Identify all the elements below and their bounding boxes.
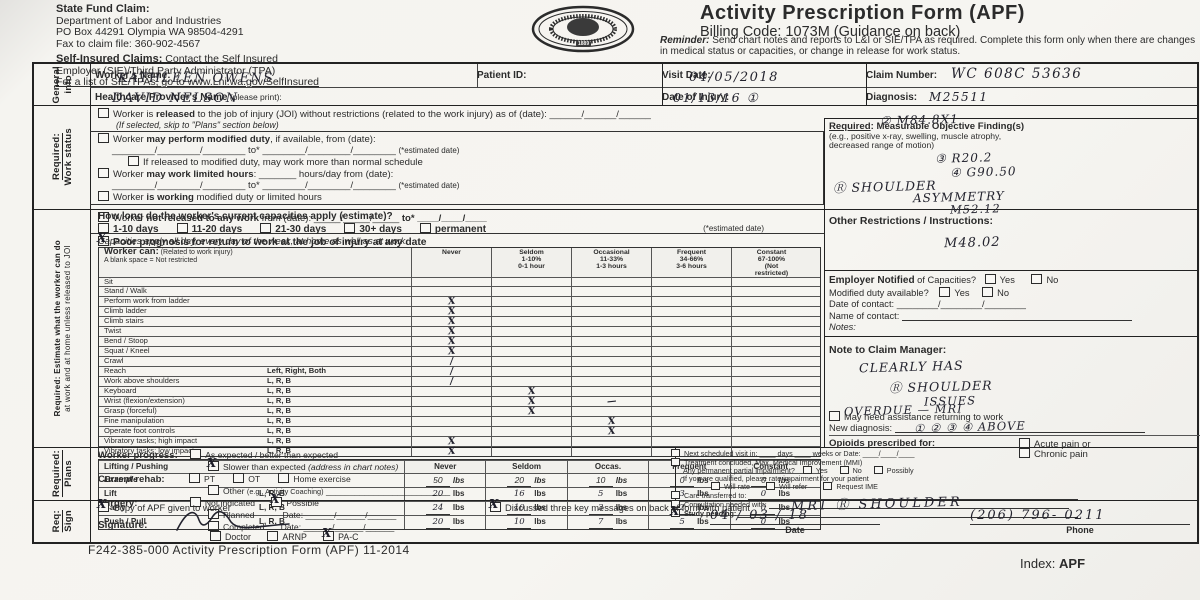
- howlong-option-checkbox[interactable]: [260, 223, 271, 233]
- capacity-row: Climb stairsX: [99, 316, 820, 326]
- capacity-header-row: Worker can: (Related to work injury)A bl…: [99, 248, 820, 277]
- modified-duty-checkbox[interactable]: [98, 133, 109, 143]
- modified-estimated-note: (*estimated date): [399, 146, 460, 155]
- form-body: General info Worker's Name: KATHLEEN OWE…: [32, 62, 1199, 544]
- capacity-mark-cell[interactable]: [492, 307, 572, 316]
- released-bold: released: [156, 109, 195, 120]
- name-of-contact-label: Name of contact:: [829, 311, 899, 321]
- howlong-option-label: 1-10 days: [113, 224, 159, 235]
- sign-date-value[interactable]: 04 / 03 / 18: [710, 508, 809, 523]
- will-rate-checkbox[interactable]: [711, 482, 720, 490]
- capacity-mark-cell[interactable]: [572, 317, 652, 326]
- arnp-checkbox[interactable]: [267, 531, 278, 541]
- ot-label: OT: [248, 474, 260, 484]
- capacity-mark-cell[interactable]: [652, 317, 732, 326]
- capacity-mark-cell[interactable]: [732, 307, 811, 316]
- capacity-row-suffix: L, R, B: [267, 397, 291, 405]
- howlong-option-checkbox[interactable]: [177, 223, 188, 233]
- capacity-mark-cell[interactable]: [572, 407, 652, 416]
- capacity-mark-cell[interactable]: [652, 297, 732, 306]
- howlong-option-label: 30+ days: [359, 224, 402, 235]
- work-status-side-label: Required: Work status: [34, 105, 91, 209]
- is-working-checkbox[interactable]: [98, 191, 109, 201]
- sign-phone-value[interactable]: (206) 796- 0211: [970, 508, 1106, 523]
- employer-yes-checkbox[interactable]: [985, 274, 996, 284]
- claim-number-value[interactable]: WC 608C 53636: [951, 66, 1082, 82]
- capacity-row-label: KeyboardL, R, B: [99, 387, 412, 396]
- capacity-row: Crawl/: [99, 356, 820, 366]
- visit-date-cell: Visit Date: 04/05/2018: [657, 64, 867, 88]
- plans-side-line1: Required:: [51, 450, 62, 497]
- reminder-block: Reminder: Send chart notes and reports t…: [660, 36, 1197, 57]
- patient-id-cell[interactable]: Patient ID:: [472, 64, 663, 88]
- capacity-mark-cell[interactable]: [652, 407, 732, 416]
- next-visit-checkbox[interactable]: [671, 449, 680, 457]
- section-general-info: General info Worker's Name: KATHLEEN OWE…: [34, 64, 1197, 106]
- capacity-mark-cell[interactable]: /: [412, 377, 492, 386]
- howlong-option: 21-30 days: [260, 224, 326, 235]
- date-of-contact-line[interactable]: Date of contact: ________/________/_____…: [829, 299, 1192, 311]
- capacity-row: Fine manipulationL, R, BX: [99, 416, 820, 426]
- capacity-mark: X: [447, 297, 455, 306]
- capacity-mark-cell[interactable]: [732, 357, 811, 366]
- howlong-option-checkbox[interactable]: [420, 223, 431, 233]
- capacity-row: Squat / KneelX: [99, 346, 820, 356]
- capacity-mark-cell[interactable]: [492, 377, 572, 386]
- claim-number-label: Claim Number:: [866, 70, 937, 81]
- capacity-mark-cell[interactable]: [732, 407, 811, 416]
- state-fund-line2: PO Box 44291 Olympia WA 98504-4291: [56, 27, 319, 39]
- capacity-mark: X: [527, 387, 535, 396]
- capacity-mark-cell[interactable]: [732, 397, 811, 406]
- capacity-mark-cell[interactable]: [572, 337, 652, 346]
- visit-date-value[interactable]: 04/05/2018: [689, 70, 779, 85]
- capacity-mark-cell[interactable]: X: [412, 317, 492, 326]
- washington-state-seal-icon: 1889: [531, 5, 635, 58]
- capacity-mark: —: [606, 397, 616, 406]
- capacity-mark-cell[interactable]: [732, 367, 811, 376]
- worker-progress-label: Worker progress:: [98, 450, 178, 461]
- as-expected-label: As expected / better than expected: [205, 450, 338, 460]
- ot-checkbox[interactable]: [233, 473, 244, 483]
- capacity-mark: X: [607, 427, 615, 436]
- reminder-text: Send chart notes and reports to L&I or S…: [660, 35, 1195, 57]
- capacity-mark-cell[interactable]: [572, 307, 652, 316]
- seal-year: 1889: [576, 41, 591, 47]
- plans-left: Worker progress: As expected / better th…: [90, 447, 676, 500]
- worker-can-note: (Related to work injury): [159, 249, 233, 256]
- capacity-mark-cell[interactable]: [572, 377, 652, 386]
- section-capacities: Required: Estimate what the worker can d…: [34, 209, 1197, 448]
- capacity-row-suffix: L, R, B: [267, 387, 291, 395]
- findings-hw1: ③ R20.2: [935, 150, 993, 165]
- capacity-mark-cell[interactable]: [732, 278, 811, 286]
- pt-label: PT: [204, 474, 215, 484]
- capacity-mark-cell[interactable]: [572, 278, 652, 286]
- capacity-side-label: Required: Estimate what the worker can d…: [34, 209, 91, 447]
- capacity-mark-cell[interactable]: [652, 367, 732, 376]
- capacity-row: KeyboardL, R, BX: [99, 386, 820, 396]
- workers-name-cell: Worker's Name: KATHLEEN OWENS: [90, 64, 478, 88]
- workers-name-value[interactable]: KATHLEEN OWENS: [118, 71, 274, 86]
- copy-apf-mark: X: [97, 498, 106, 510]
- impairment-no-checkbox[interactable]: [840, 466, 849, 474]
- index-footer: Index: APF: [1020, 556, 1085, 571]
- capacity-mark-cell[interactable]: [732, 297, 811, 306]
- capacity-row-suffix: L, R, B: [267, 437, 291, 445]
- index-label: Index:: [1020, 556, 1059, 571]
- capacity-mark: X: [447, 307, 455, 316]
- capacity-mark-cell[interactable]: [572, 297, 652, 306]
- capacity-apply-note: Capacities apply all day, every day of t…: [90, 235, 824, 247]
- capacity-mark-cell[interactable]: X: [412, 307, 492, 316]
- claim-note-hw1: CLEARLY HAS: [859, 358, 964, 376]
- pt-checkbox[interactable]: [189, 473, 200, 483]
- pac-mark: X: [322, 527, 331, 539]
- capacity-mark-cell[interactable]: [732, 437, 811, 446]
- howlong-option-label: permanent: [435, 224, 486, 235]
- capacity-mark-cell[interactable]: [492, 297, 572, 306]
- general-side-line2: info: [63, 75, 74, 94]
- modduty-yes-label: Yes: [954, 288, 969, 298]
- sign-side-line1: Req:: [51, 510, 62, 532]
- capacity-side-line1: Required: Estimate what the worker can d…: [53, 240, 62, 416]
- slower-mark: X: [207, 457, 216, 469]
- general-side-label: General info: [34, 64, 91, 105]
- sign-date-label: Date: [710, 524, 880, 535]
- employer-yes-label: Yes: [1000, 275, 1015, 285]
- other-rehab-blank[interactable]: __________________________: [326, 486, 450, 496]
- capacity-row-label: Bend / Stoop: [99, 337, 412, 346]
- capacity-row-label: ReachLeft, Right, Both: [99, 367, 412, 376]
- modified-duty-available-label: Modified duty available?: [829, 288, 929, 298]
- work-status-side-line2: Work status: [63, 128, 74, 186]
- capacity-row: Work above shouldersL, R, B/: [99, 376, 820, 386]
- impairment-possibly-label: Possibly: [887, 466, 914, 475]
- more-than-normal-checkbox[interactable]: [128, 156, 139, 166]
- capacity-left: How long do the worker's current capacit…: [90, 209, 825, 447]
- slower-checkbox[interactable]: X: [208, 461, 219, 471]
- modified-duty-box: Worker may perform modified duty, if ava…: [90, 131, 824, 205]
- discussed-checkbox[interactable]: X: [490, 502, 501, 512]
- limited-post: : _______ hours/day from (date):: [254, 169, 394, 180]
- capacity-mark-cell[interactable]: [572, 327, 652, 336]
- discussed-mark: X: [489, 498, 498, 510]
- capacity-row-suffix: L, R, B: [267, 377, 291, 385]
- released-pre: Worker is: [113, 109, 156, 120]
- capacity-row: Wrist (flexion/extension)L, R, BX—: [99, 396, 820, 406]
- arnp-label: ARNP: [282, 532, 306, 542]
- other-restrictions-handwriting: M48.02: [944, 230, 1192, 251]
- capacity-row-suffix: L, R, B: [267, 407, 291, 415]
- sign-phone-label: Phone: [970, 524, 1190, 535]
- other-restrictions-box: Other Restrictions / Instructions: M48.0…: [824, 209, 1197, 271]
- capacity-mark-cell[interactable]: [732, 417, 811, 426]
- capacity-row: Stand / Walk: [99, 286, 820, 295]
- capacity-row: Operate foot controlsL, R, BX: [99, 426, 820, 436]
- capacity-mark-cell[interactable]: [652, 287, 732, 295]
- request-ime-checkbox[interactable]: [823, 482, 832, 490]
- capacity-mark-cell[interactable]: X: [572, 417, 652, 426]
- patient-id-label: Patient ID:: [477, 70, 526, 81]
- new-diagnosis-label: New diagnosis:: [829, 423, 892, 433]
- findings-sub2: decreased range of motion): [829, 141, 1193, 150]
- capacity-mark-cell[interactable]: X: [572, 427, 652, 436]
- name-of-contact-blank[interactable]: [902, 312, 1132, 321]
- signature-scribble: [173, 506, 293, 534]
- capacity-mark-cell[interactable]: [412, 417, 492, 426]
- capacity-row-label: Twist: [99, 327, 412, 336]
- released-checkbox[interactable]: [98, 108, 109, 118]
- capacity-mark-cell[interactable]: [732, 317, 811, 326]
- capacity-mark-cell[interactable]: [492, 337, 572, 346]
- employer-no-checkbox[interactable]: [1031, 274, 1042, 284]
- signature-label: Signature:: [98, 520, 147, 531]
- capacity-row: TwistX: [99, 326, 820, 336]
- capacity-mark: X: [447, 437, 455, 446]
- capacity-mark-cell[interactable]: [652, 307, 732, 316]
- capacity-mark-cell[interactable]: X: [492, 407, 572, 416]
- date-of-injury-cell: Date of Injury: 01/13/16 ①: [657, 86, 867, 106]
- reminder-label: Reminder:: [660, 35, 709, 46]
- capacity-mark-cell[interactable]: [412, 278, 492, 286]
- work-status-side-line1: Required:: [51, 133, 62, 180]
- capacity-mark-cell[interactable]: [572, 347, 652, 356]
- capacity-mark: X: [527, 397, 535, 406]
- capacity-mark-cell[interactable]: [572, 387, 652, 396]
- copy-apf-checkbox[interactable]: X: [98, 502, 109, 512]
- capacity-row-label: Perform work from ladder: [99, 297, 412, 306]
- capacity-mark-cell[interactable]: X: [492, 397, 572, 406]
- capacity-mark-cell[interactable]: [652, 347, 732, 356]
- capacity-mark: X: [447, 327, 455, 336]
- capacity-row: Vibratory tasks; high impactL, R, BX: [99, 436, 820, 446]
- capacity-mark-cell[interactable]: [652, 387, 732, 396]
- assistance-checkbox[interactable]: [829, 411, 840, 421]
- capacity-row-suffix: L, R, B: [267, 427, 291, 435]
- other-rehab-label: Other: [223, 486, 247, 496]
- pac-checkbox[interactable]: X: [323, 531, 334, 541]
- capacity-mark-cell[interactable]: [652, 397, 732, 406]
- capacity-mark-cell[interactable]: [652, 427, 732, 436]
- capacity-row: Climb ladderX: [99, 306, 820, 316]
- impairment-yes-checkbox[interactable]: [803, 466, 812, 474]
- capacity-column-header: Never: [412, 248, 492, 277]
- capacity-mark-cell[interactable]: [652, 357, 732, 366]
- capacity-mark-cell[interactable]: [732, 347, 811, 356]
- capacity-mark-cell[interactable]: [412, 287, 492, 295]
- general-side-line1: General: [51, 66, 62, 103]
- capacity-mark-cell[interactable]: [492, 357, 572, 366]
- capacity-row-suffix: L, R, B: [267, 417, 291, 425]
- plans-side-line2: Plans: [63, 460, 74, 487]
- claim-manager-box: Note to Claim Manager: CLEARLY HAS Ⓡ SHO…: [824, 337, 1197, 462]
- capacity-mark-cell[interactable]: [492, 417, 572, 426]
- capacity-mark-cell[interactable]: [732, 377, 811, 386]
- modified-bold: may perform modified duty: [146, 134, 270, 145]
- will-refer-label: Will refer: [779, 482, 807, 491]
- capacity-mark-cell[interactable]: [732, 337, 811, 346]
- capacity-mark-cell[interactable]: X: [412, 347, 492, 356]
- slower-note: (address in chart notes): [308, 462, 398, 472]
- employer-notified-bold: Employer Notified: [829, 275, 915, 286]
- capacity-mark-cell[interactable]: [412, 407, 492, 416]
- capacity-mark: X: [447, 317, 455, 326]
- limited-hours-checkbox[interactable]: [98, 168, 109, 178]
- capacity-row-label: Climb ladder: [99, 307, 412, 316]
- capacity-column-header: Frequent34-66%3-6 hours: [652, 248, 732, 277]
- section-plans: Required: Plans Worker progress: As expe…: [34, 447, 1197, 501]
- provider-name-value[interactable]: DAVID NELSON: [112, 91, 239, 106]
- capacity-mark-cell[interactable]: [572, 367, 652, 376]
- capacity-mark-cell[interactable]: X: [412, 437, 492, 446]
- modified-dates[interactable]: ________/________/________ to* ________/…: [112, 145, 399, 156]
- scanned-form-page: State Fund Claim: Department of Labor an…: [0, 0, 1200, 600]
- capacity-mark-cell[interactable]: [492, 437, 572, 446]
- howlong-option-label: 21-30 days: [275, 224, 326, 235]
- modified-pre: Worker: [113, 134, 146, 145]
- home-exercise-label: Home exercise: [293, 474, 350, 484]
- date-of-injury-value[interactable]: 01/13/16 ①: [673, 90, 759, 105]
- capacity-mark-cell[interactable]: —: [572, 397, 652, 406]
- home-exercise-checkbox[interactable]: [278, 473, 289, 483]
- diagnosis-cell: Diagnosis: M25511: [861, 86, 1197, 106]
- capacity-column-header: Constant67-100%(Notrestricted): [732, 248, 811, 277]
- capacity-mark-cell[interactable]: [652, 417, 732, 426]
- capacity-mark-cell[interactable]: X: [492, 387, 572, 396]
- notes-label: Notes:: [829, 322, 1192, 334]
- modduty-no-checkbox[interactable]: [982, 287, 993, 297]
- capacity-mark-cell[interactable]: [732, 427, 811, 436]
- released-post: to the job of injury (JOI) without restr…: [195, 109, 651, 120]
- capacity-row: Sit: [99, 277, 820, 286]
- capacity-mark-cell[interactable]: [492, 427, 572, 436]
- sign-date-block: 04 / 03 / 18 Date: [710, 508, 880, 535]
- will-refer-checkbox[interactable]: [766, 482, 775, 490]
- capacity-row: ReachLeft, Right, Both/: [99, 366, 820, 376]
- howlong-option: permanent: [420, 224, 486, 235]
- capacity-row: Perform work from ladderX: [99, 296, 820, 306]
- index-value: APF: [1059, 556, 1085, 571]
- capacity-mark-cell[interactable]: [572, 437, 652, 446]
- howlong-option: 30+ days: [344, 224, 402, 235]
- capacity-mark: X: [447, 337, 455, 346]
- capacity-mark-cell[interactable]: [652, 278, 732, 286]
- diagnosis-value[interactable]: M25511: [929, 90, 988, 104]
- plans-right-panel: Next scheduled visit in: ____ days ____ …: [667, 447, 1197, 500]
- working-post: modified duty or limited hours: [194, 192, 322, 203]
- capacity-mark-cell[interactable]: [492, 287, 572, 295]
- modduty-yes-checkbox[interactable]: [939, 287, 950, 297]
- capacity-mark-cell[interactable]: /: [412, 357, 492, 366]
- capacity-mark-cell[interactable]: [412, 397, 492, 406]
- diagnosis-label: Diagnosis:: [866, 92, 917, 103]
- capacity-mark-cell[interactable]: [572, 287, 652, 295]
- claim-manager-title: Note to Claim Manager:: [829, 344, 946, 356]
- capacity-mark-cell[interactable]: [652, 337, 732, 346]
- capacity-row-label: Crawl: [99, 357, 412, 366]
- capacity-mark-cell[interactable]: [732, 327, 811, 336]
- capacity-mark: /: [449, 377, 453, 385]
- capacity-column-header: Seldom1-10%0-1 hour: [492, 248, 572, 277]
- care-transferred-checkbox[interactable]: [671, 491, 680, 499]
- capacity-row: Bend / StoopX: [99, 336, 820, 346]
- state-fund-line3: Fax to claim file: 360-902-4567: [56, 39, 319, 51]
- capacity-mark-cell[interactable]: [732, 287, 811, 295]
- request-ime-label: Request IME: [836, 482, 878, 491]
- capacity-mark-cell[interactable]: [732, 387, 811, 396]
- capacity-side-line2: at work and at home unless released to J…: [63, 245, 72, 412]
- capacity-mark-cell[interactable]: [652, 377, 732, 386]
- employer-notified-rest: of Capacities?: [915, 275, 977, 285]
- capacity-row-label: Wrist (flexion/extension)L, R, B: [99, 397, 412, 406]
- capacity-mark-cell[interactable]: [492, 347, 572, 356]
- treatment-concluded-checkbox[interactable]: [671, 458, 680, 466]
- capacity-mark-cell[interactable]: [492, 317, 572, 326]
- capacity-mark: /: [449, 367, 453, 375]
- other-restrictions-title: Other Restrictions / Instructions:: [829, 215, 993, 227]
- capacity-row: Grasp (forceful)L, R, BX: [99, 406, 820, 416]
- rate-impairment-line: If you are qualified, please rate impair…: [671, 475, 1197, 483]
- capacity-mark-cell[interactable]: X: [412, 337, 492, 346]
- howlong-option: 1-10 days: [98, 224, 159, 235]
- capacity-mark-cell[interactable]: [412, 387, 492, 396]
- capacity-row-label: Operate foot controlsL, R, B: [99, 427, 412, 436]
- capacity-row-suffix: Left, Right, Both: [267, 367, 326, 375]
- capacity-row-label: Climb stairs: [99, 317, 412, 326]
- new-diagnosis-handwriting: ① ② ③ ④ ABOVE: [914, 419, 1026, 436]
- capacity-mark-cell[interactable]: [572, 357, 652, 366]
- employer-notified-box: Employer Notified of Capacities? Yes No …: [824, 271, 1197, 337]
- howlong-question: How long do the worker's current capacit…: [90, 209, 824, 222]
- capacity-row-label: Squat / Kneel: [99, 347, 412, 356]
- findings-box: Required: Measurable Objective Finding(s…: [824, 118, 1197, 209]
- howlong-option: 11-20 days: [177, 224, 243, 235]
- howlong-options: 1-10 days11-20 days21-30 days30+ daysper…: [90, 222, 824, 235]
- capacity-row-label: Work above shouldersL, R, B: [99, 377, 412, 386]
- findings-hw2: ④ G90.50: [950, 164, 1017, 180]
- capacity-mark-cell[interactable]: [652, 327, 732, 336]
- capacity-mark: X: [527, 407, 535, 416]
- state-fund-title: State Fund Claim:: [56, 4, 319, 16]
- claim-number-cell: Claim Number: WC 608C 53636: [861, 64, 1197, 88]
- capacity-row-label: Fine manipulationL, R, B: [99, 417, 412, 426]
- modduty-no-label: No: [997, 288, 1009, 298]
- howlong-option-checkbox[interactable]: [344, 223, 355, 233]
- capacity-mark-cell[interactable]: [492, 327, 572, 336]
- howlong-option-label: 11-20 days: [192, 224, 243, 235]
- limited-dates[interactable]: ________/________/________ to* ________/…: [112, 180, 399, 191]
- doctor-checkbox[interactable]: [210, 531, 221, 541]
- other-rehab-checkbox[interactable]: [208, 485, 219, 495]
- capacity-mark: /: [449, 357, 453, 365]
- capacity-mark-cell[interactable]: [412, 427, 492, 436]
- care-transferred-label: Care transferred to:: [684, 491, 746, 500]
- capacity-mark-cell[interactable]: /: [412, 367, 492, 376]
- capacity-mark-cell[interactable]: [492, 367, 572, 376]
- capacity-mark-cell[interactable]: [492, 278, 572, 286]
- as-expected-checkbox[interactable]: [190, 449, 201, 459]
- howlong-option-checkbox[interactable]: [98, 223, 109, 233]
- capacity-mark-cell[interactable]: [652, 437, 732, 446]
- capacity-table: Worker can: (Related to work injury)A bl…: [98, 247, 821, 457]
- working-pre: Worker: [113, 192, 146, 203]
- capacity-mark-cell[interactable]: X: [412, 327, 492, 336]
- impairment-possibly-checkbox[interactable]: [874, 466, 883, 474]
- sign-content: XCopy of APF given to worker XDiscussed …: [90, 500, 1197, 542]
- capacity-right: Other Restrictions / Instructions: M48.0…: [824, 209, 1197, 447]
- capacity-mark-cell[interactable]: X: [412, 297, 492, 306]
